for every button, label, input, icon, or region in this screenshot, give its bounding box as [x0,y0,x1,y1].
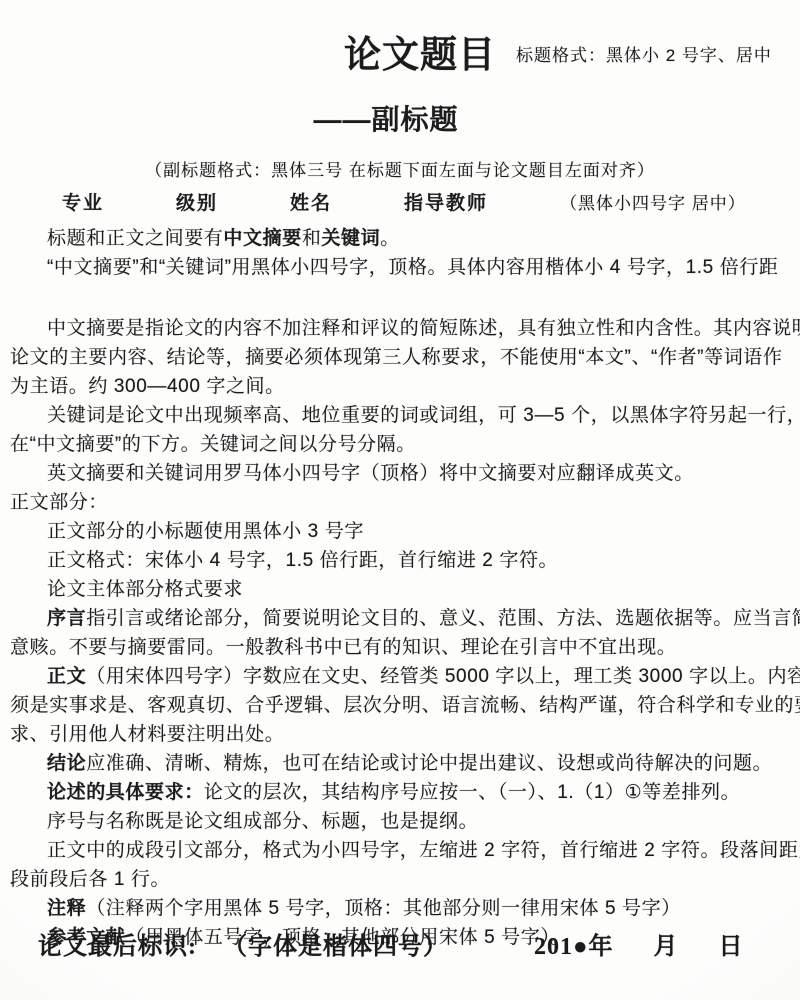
text-run: 论文的层次，其结构序号应按一、（一）、1.（1）①等差排列。 [204,782,740,803]
body-line: 在“中文摘要”的下方。关键词之间以分号分隔。 [10,430,800,459]
text-run: 英文摘要和关键词用罗马体小四号字（顶格）将中文摘要对应翻译成英文。 [47,463,694,484]
bold-term: 正文 [47,666,86,687]
text-run: “中文摘要”和“关键词”用黑体小四号字，顶格。具体内容用楷体小 4 号字，1.5… [47,257,779,278]
body-line: 正文部分： [10,488,800,517]
body-line: 须是实事求是、客观真切、合乎逻辑、层次分明、语言流畅、结构严谨，符合科学和专业的… [10,691,800,720]
byline-format-note: （黑体小四号字 居中） [560,194,746,213]
byline-field: 专业 [62,193,104,214]
bold-term: 论述的具体要求： [47,782,204,803]
byline-field: 级别 [176,193,218,214]
text-run: （注释两个字用黑体 5 号字，顶格：其他部分则一律用宋体 5 号字） [86,898,681,919]
body-line: 中文摘要是指论文的内容不加注释和评议的简短陈述，具有独立性和内含性。其内容说明 [10,314,800,343]
body-line: 正文中的成段引文部分，格式为小四号字，左缩进 2 字符，首行缩进 2 字符。段落… [10,836,800,865]
body-line: 结论应准确、清晰、精炼，也可在结论或讨论中提出建议、设想或尚待解决的问题。 [10,749,800,778]
body-line: 序号与名称既是论文组成部分、标题，也是提纲。 [10,807,800,836]
text-run: 。 [380,228,400,249]
body-line: 论述的具体要求：论文的层次，其结构序号应按一、（一）、1.（1）①等差排列。 [10,778,800,807]
body-line: 段前段后各 1 行。 [10,865,800,894]
document-body: 标题和正文之间要有中文摘要和关键词。“中文摘要”和“关键词”用黑体小四号字，顶格… [0,224,800,952]
bold-term: 结论 [47,753,86,774]
text-run: 在“中文摘要”的下方。关键词之间以分号分隔。 [10,434,416,455]
subtitle-format-note: （副标题格式：黑体三号 在标题下面左面与论文题目左面对齐） [0,156,800,181]
body-line: 关键词是论文中出现频率高、地位重要的词或词组，可 3—5 个，以黑体字符另起一行… [10,401,800,430]
bold-term: 关键词 [321,228,380,249]
text-run: 正文中的成段引文部分，格式为小四号字，左缩进 2 字符，首行缩进 2 字符。段落… [47,840,800,861]
footer-font-note: （字体是楷体四号） [223,934,448,960]
footer-label: 论文最后标识: [38,934,197,960]
page-title: 论文题目 [344,24,496,78]
text-run: 段前段后各 1 行。 [10,869,170,890]
body-line: 标题和正文之间要有中文摘要和关键词。 [10,224,800,253]
text-run: 应准确、清晰、精炼，也可在结论或讨论中提出建议、设想或尚待解决的问题。 [86,753,772,774]
title-row: 论文题目标题格式：黑体小 2 号字、居中 [0,0,800,78]
body-line: 英文摘要和关键词用罗马体小四号字（顶格）将中文摘要对应翻译成英文。 [10,459,800,488]
footer-year: 201●年 [534,934,614,960]
text-run: 正文部分： [10,492,108,513]
text-run: 为主语。约 300—400 字之间。 [10,376,285,397]
byline-field: 姓名 [290,193,332,214]
text-run: 论文主体部分格式要求 [47,579,243,600]
text-run: 求、引用他人材料要注明出处。 [10,724,284,745]
body-line: 论文的主要内容、结论等，摘要必须体现第三人称要求，不能使用“本文”、“作者”等词… [10,343,800,372]
text-run: 正文格式：宋体小 4 号字，1.5 倍行距，首行缩进 2 字符。 [47,550,558,571]
body-line: 正文部分的小标题使用黑体小 3 号字 [10,517,800,546]
subtitle: ——副标题 [0,98,786,138]
title-format-note: 标题格式：黑体小 2 号字、居中 [516,41,772,66]
body-line: 正文格式：宋体小 4 号字，1.5 倍行距，首行缩进 2 字符。 [10,546,800,575]
text-run: 须是实事求是、客观真切、合乎逻辑、层次分明、语言流畅、结构严谨，符合科学和专业的… [10,695,800,716]
text-run: 指引言或绪论部分，简要说明论文目的、意义、范围、方法、选题依据等。应当言简 [86,608,800,629]
text-run: 序号与名称既是论文组成部分、标题，也是提纲。 [47,811,478,832]
text-run: 关键词是论文中出现频率高、地位重要的词或词组，可 3—5 个，以黑体字符另起一行… [47,405,800,426]
text-run: 中文摘要是指论文的内容不加注释和评议的简短陈述，具有独立性和内含性。其内容说明 [47,318,800,339]
text-run: 意赅。不要与摘要雷同。一般教科书中已有的知识、理论在引言中不宜出现。 [10,637,676,658]
text-run: 标题和正文之间要有 [47,228,223,249]
text-run: 论文的主要内容、结论等，摘要必须体现第三人称要求，不能使用“本文”、“作者”等词… [10,347,783,368]
bold-term: 注释 [47,898,86,919]
document-page: 论文题目标题格式：黑体小 2 号字、居中 ——副标题 （副标题格式：黑体三号 在… [0,0,800,1000]
body-line: 注释（注释两个字用黑体 5 号字，顶格：其他部分则一律用宋体 5 号字） [10,894,800,923]
bold-term: 序言 [47,608,86,629]
body-line: “中文摘要”和“关键词”用黑体小四号字，顶格。具体内容用楷体小 4 号字，1.5… [10,253,800,282]
text-run: 正文部分的小标题使用黑体小 3 号字 [47,521,364,542]
body-line: 求、引用他人材料要注明出处。 [10,720,800,749]
footer-day: 日 [719,934,744,960]
byline-field: 指导教师 [404,193,488,214]
body-line: 为主语。约 300—400 字之间。 [10,372,800,401]
body-line: 意赅。不要与摘要雷同。一般教科书中已有的知识、理论在引言中不宜出现。 [10,633,800,662]
byline: 专业级别姓名指导教师（黑体小四号字 居中） [0,189,800,219]
text-run: （用宋体四号字）字数应在文史、经管类 5000 字以上，理工类 3000 字以上… [86,666,800,687]
text-run: 和 [302,228,322,249]
bold-term: 中文摘要 [223,228,301,249]
body-line: 论文主体部分格式要求 [10,575,800,604]
footer-month: 月 [654,934,679,960]
footer-line: 论文最后标识:（字体是楷体四号）201●年月日稿 [38,926,800,961]
body-line: 序言指引言或绪论部分，简要说明论文目的、意义、范围、方法、选题依据等。应当言简 [10,604,800,633]
body-line: 正文（用宋体四号字）字数应在文史、经管类 5000 字以上，理工类 3000 字… [10,662,800,691]
